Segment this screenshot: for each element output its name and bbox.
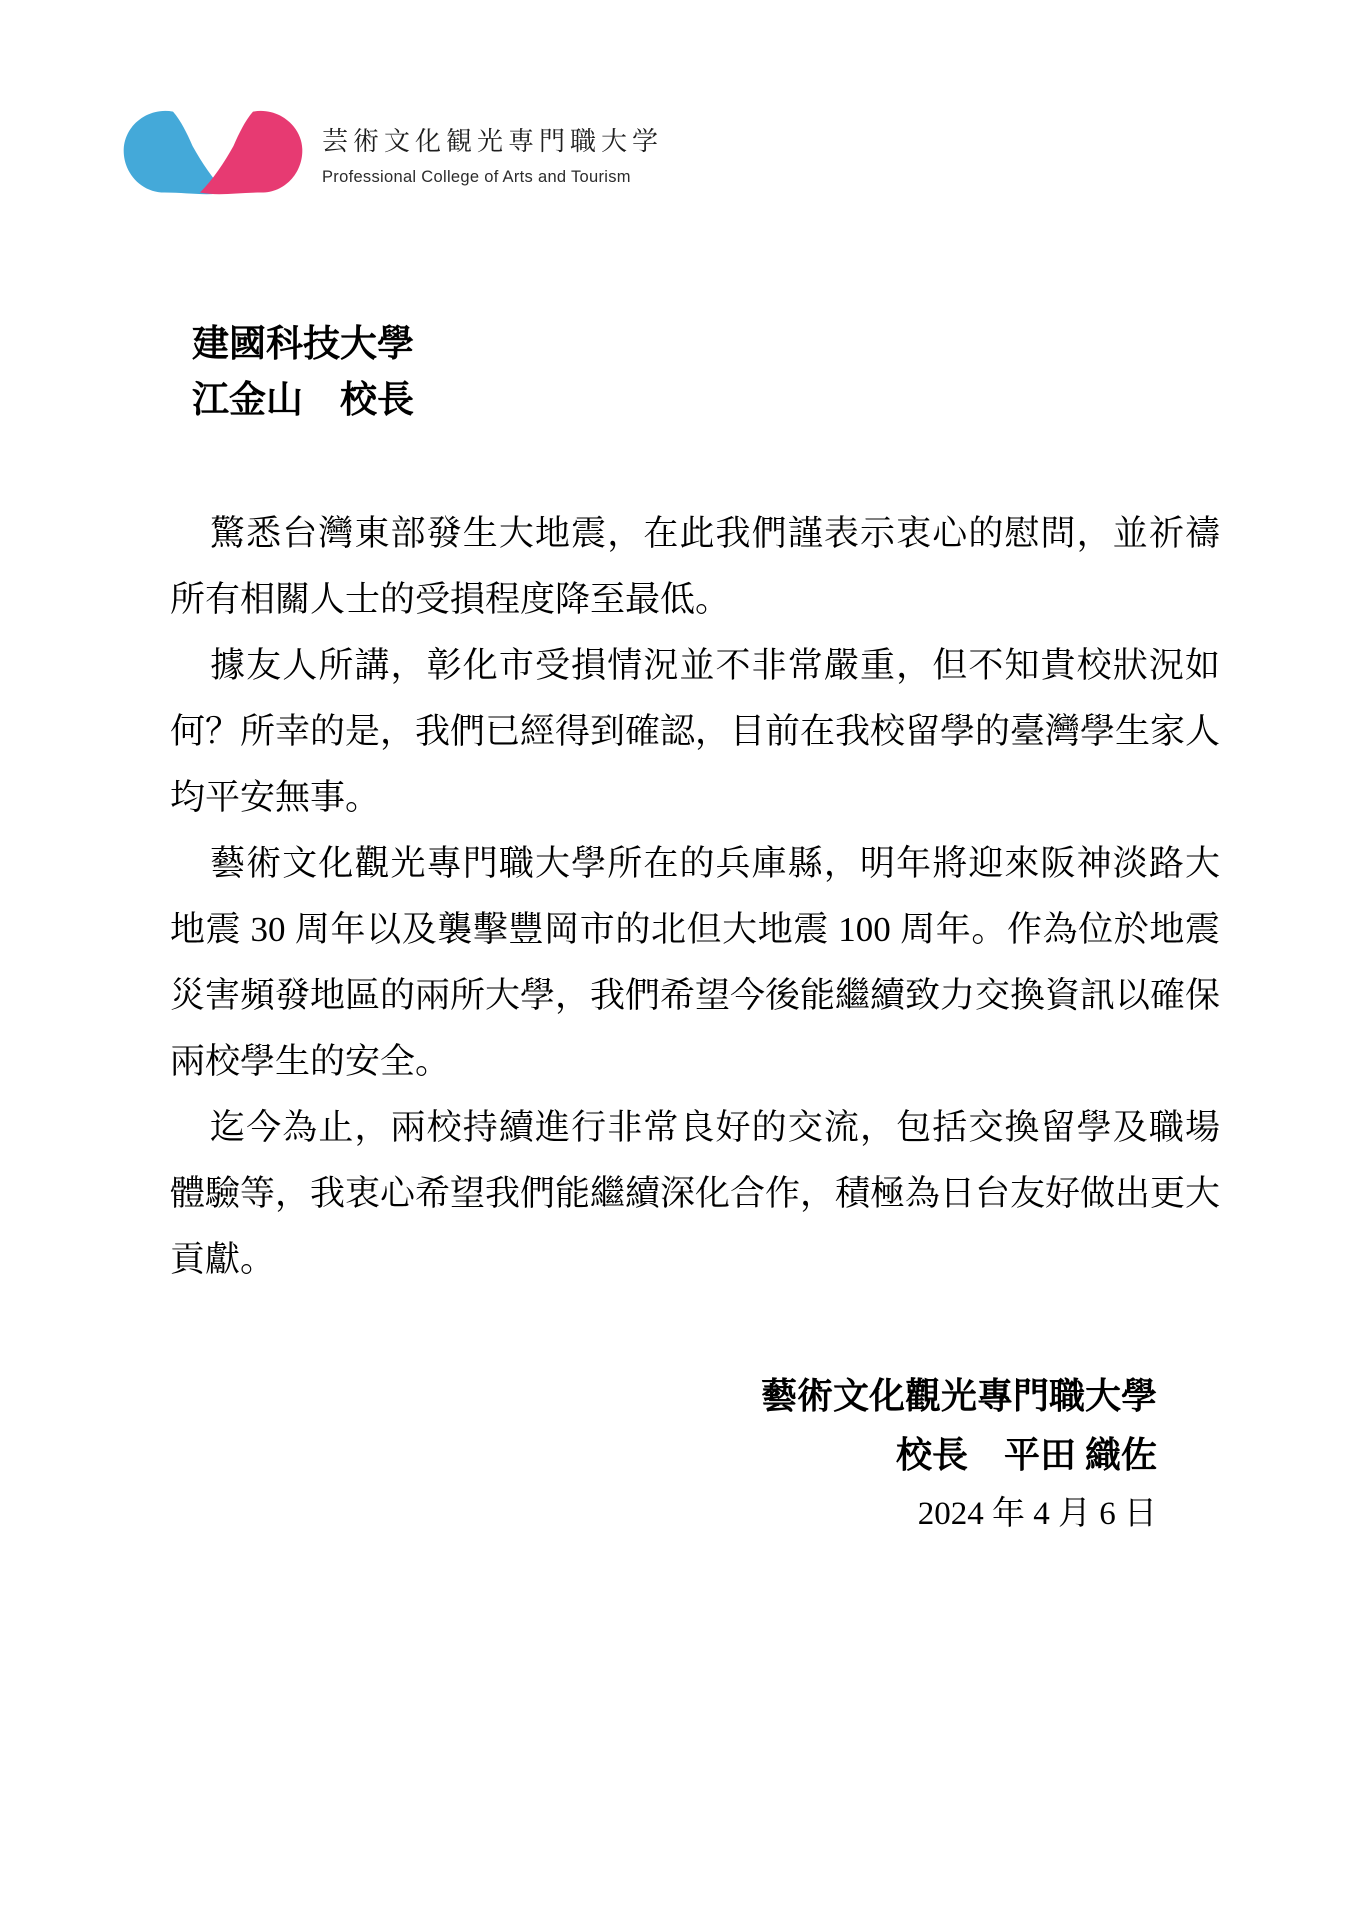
letter-content: 建國科技大學 江金山 校長 驚悉台灣東部發生大地震，在此我們謹表示衷心的慰問，並… <box>0 317 1358 1544</box>
body-paragraph: 迄今為止，兩校持續進行非常良好的交流，包括交換留學及職場體驗等，我衷心希望我們能… <box>170 1095 1220 1293</box>
logo-pink-ribbon <box>200 111 302 194</box>
recipient-person: 江金山 校長 <box>192 373 1220 429</box>
recipient-university: 建國科技大學 <box>192 317 1220 373</box>
letter-body: 驚悉台灣東部發生大地震，在此我們謹表示衷心的慰問，並祈禱所有相關人士的受損程度降… <box>170 501 1220 1293</box>
letter-page: 芸術文化観光専門職大学 Professional College of Arts… <box>0 0 1358 1920</box>
recipient-block: 建國科技大學 江金山 校長 <box>170 317 1220 429</box>
letterhead: 芸術文化観光専門職大学 Professional College of Arts… <box>0 0 1358 201</box>
university-name-japanese: 芸術文化観光専門職大学 <box>322 121 663 158</box>
signature-block: 藝術文化觀光專門職大學 校長 平田 織佐 2024 年 4 月 6 日 <box>170 1367 1220 1544</box>
university-name-english: Professional College of Arts and Tourism <box>322 168 663 187</box>
body-paragraph: 驚悉台灣東部發生大地震，在此我們謹表示衷心的慰問，並祈禱所有相關人士的受損程度降… <box>170 501 1220 633</box>
university-logo-icon <box>120 106 306 201</box>
letterhead-text: 芸術文化観光専門職大学 Professional College of Arts… <box>322 121 663 187</box>
signature-organization: 藝術文化觀光專門職大學 <box>170 1367 1157 1426</box>
body-paragraph: 據友人所講，彰化市受損情況並不非常嚴重，但不知貴校狀況如何？所幸的是，我們已經得… <box>170 633 1220 831</box>
body-paragraph: 藝術文化觀光專門職大學所在的兵庫縣，明年將迎來阪神淡路大地震 30 周年以及襲擊… <box>170 831 1220 1095</box>
signature-date: 2024 年 4 月 6 日 <box>170 1485 1157 1544</box>
signature-signer: 校長 平田 織佐 <box>170 1426 1157 1485</box>
